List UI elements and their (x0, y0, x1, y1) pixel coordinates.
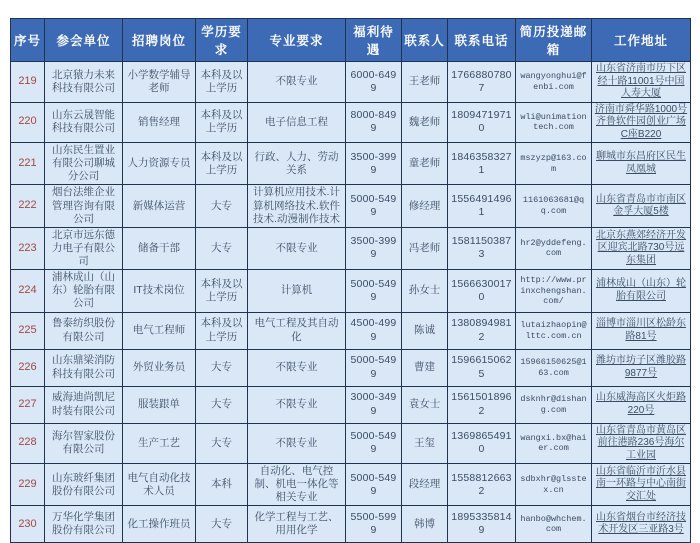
cell-email: wli@unimationtech.com (516, 102, 592, 143)
cell-education: 本科及以上学历 (196, 312, 248, 349)
cell-no: 221 (11, 143, 45, 185)
cell-major: 电子信息工程 (248, 102, 346, 143)
table-row: 225鲁泰纺织股份有限公司电气工程师本科及以上学历电气工程及其自动化4500-4… (11, 312, 691, 349)
job-fair-table: 序号参会单位招聘岗位学历要求专业要求福利待遇联系人联系电话简历投递邮箱工作地址 … (10, 18, 691, 495)
cell-phone: 15588126632 (448, 464, 516, 496)
cell-contact: 陈诚 (402, 312, 448, 349)
cell-education: 大专 (196, 185, 248, 227)
table-row: 223北京市远东德力电子有限公司储备干部大专不限专业3500-3999冯老师15… (11, 227, 691, 269)
table-row: 227威海迪尚凯尼时装有限公司服装跟单大专不限专业3000-3499袁女士156… (11, 386, 691, 423)
cell-position: 服装跟单 (123, 386, 196, 423)
cell-no: 222 (11, 185, 45, 227)
cell-contact: 段经理 (402, 464, 448, 496)
column-header-education: 学历要求 (196, 19, 248, 62)
cell-contact: 冯老师 (402, 227, 448, 269)
cell-no: 228 (11, 423, 45, 464)
table-body: 219北京猿力未来科技有限公司小学数学辅导老师本科及以上学历不限专业6000-6… (11, 62, 691, 496)
cell-salary: 6000-6499 (346, 62, 402, 103)
cell-salary: 3500-3999 (346, 143, 402, 185)
column-header-company: 参会单位 (45, 19, 123, 62)
column-header-phone: 联系电话 (448, 19, 516, 62)
table-row: 228海尔智家股份有限公司生产工艺大专不限专业5000-5499王玺136986… (11, 423, 691, 464)
cell-major: 不限专业 (248, 62, 346, 103)
cell-company: 鲁泰纺织股份有限公司 (45, 312, 123, 349)
cell-email: 15966150625@163.com (516, 349, 592, 386)
cell-email: sdbxhr@glsstex.cn (516, 464, 592, 496)
cell-address: 北京东燕郊经济开发区迎宾北路730号远东集团 (592, 227, 691, 269)
cell-education: 大专 (196, 349, 248, 386)
column-header-no: 序号 (11, 19, 45, 62)
job-fair-table-container: 序号参会单位招聘岗位学历要求专业要求福利待遇联系人联系电话简历投递邮箱工作地址 … (10, 18, 690, 495)
cell-no: 220 (11, 102, 45, 143)
cell-position: 新媒体运营 (123, 185, 196, 227)
cell-no: 227 (11, 386, 45, 423)
cell-position: 外贸业务员 (123, 349, 196, 386)
cell-contact: 孙女士 (402, 270, 448, 312)
cell-position: 电气工程师 (123, 312, 196, 349)
table-row: 224浦林成山（山东）轮胎有限公司IT技术岗位本科及以上学历计算机5000-54… (11, 270, 691, 312)
cell-position: 人力资源专员 (123, 143, 196, 185)
cell-salary: 5000-5499 (346, 349, 402, 386)
cell-email: mszyzp@163.com (516, 143, 592, 185)
cell-contact: 袁女士 (402, 386, 448, 423)
cell-salary: 3000-3499 (346, 386, 402, 423)
cell-no: 224 (11, 270, 45, 312)
cell-email: http://www.prinxchengshan.com/ (516, 270, 592, 312)
table-row: 219北京猿力未来科技有限公司小学数学辅导老师本科及以上学历不限专业6000-6… (11, 62, 691, 103)
cell-company: 北京猿力未来科技有限公司 (45, 62, 123, 103)
cell-company: 山东玻纤集团股份有限公司 (45, 464, 123, 496)
cell-position: 销售经理 (123, 102, 196, 143)
cell-email: lutaizhaopin@lttc.com.cn (516, 312, 592, 349)
cell-address: 山东省青岛市黄岛区前往港路236号海尔工业园 (592, 423, 691, 464)
cell-address: 浦林成山（山东）轮胎有限公司 (592, 270, 691, 312)
cell-major: 电气工程及其自动化 (248, 312, 346, 349)
cell-contact: 童老师 (402, 143, 448, 185)
cell-email: 1161063681@qq.com (516, 185, 592, 227)
cell-education: 大专 (196, 386, 248, 423)
cell-company: 海尔智家股份有限公司 (45, 423, 123, 464)
cell-major: 不限专业 (248, 423, 346, 464)
cell-phone: 18094719710 (448, 102, 516, 143)
cell-major: 不限专业 (248, 227, 346, 269)
cell-email: wangxi.bx@haier.com (516, 423, 592, 464)
cell-company: 北京市远东德力电子有限公司 (45, 227, 123, 269)
cell-education: 本科及以上学历 (196, 102, 248, 143)
cell-position: 小学数学辅导老师 (123, 62, 196, 103)
cell-contact: 王老师 (402, 62, 448, 103)
cell-position: 生产工艺 (123, 423, 196, 464)
cell-major: 不限专业 (248, 349, 346, 386)
column-header-salary: 福利待遇 (346, 19, 402, 62)
column-header-email: 简历投递邮箱 (516, 19, 592, 62)
cell-company: 山东鼎梁消防科技有限公司 (45, 349, 123, 386)
column-header-major: 专业要求 (248, 19, 346, 62)
cell-education: 本科及以上学历 (196, 62, 248, 103)
table-row: 220山东云晟智能科技有限公司销售经理本科及以上学历电子信息工程8000-849… (11, 102, 691, 143)
cell-phone: 15615018962 (448, 386, 516, 423)
cell-contact: 魏老师 (402, 102, 448, 143)
cell-position: 储备干部 (123, 227, 196, 269)
cell-company: 浦林成山（山东）轮胎有限公司 (45, 270, 123, 312)
cell-education: 大专 (196, 423, 248, 464)
cell-company: 山东云晟智能科技有限公司 (45, 102, 123, 143)
cell-phone: 13698654910 (448, 423, 516, 464)
cell-salary: 5000-5499 (346, 423, 402, 464)
cell-major: 不限专业 (248, 386, 346, 423)
cell-address: 山东省青岛市市南区金孚大厦5楼 (592, 185, 691, 227)
cell-email: hr2@yddefeng.com (516, 227, 592, 269)
cell-no: 225 (11, 312, 45, 349)
column-header-position: 招聘岗位 (123, 19, 196, 62)
cell-major: 计算机 (248, 270, 346, 312)
cell-address: 山东省济南市历下区经十路11001号中国人寿大厦 (592, 62, 691, 103)
cell-phone: 13808949812 (448, 312, 516, 349)
cell-email: wangyonghui@fenbi.com (516, 62, 592, 103)
cell-salary: 8000-8499 (346, 102, 402, 143)
table-row: 221山东民生置业有限公司聊城分公司人力资源专员本科及以上学历行政、人力、劳动关… (11, 143, 691, 185)
column-header-address: 工作地址 (592, 19, 691, 62)
cell-salary: 4500-4999 (346, 312, 402, 349)
cell-company: 威海迪尚凯尼时装有限公司 (45, 386, 123, 423)
cell-phone: 15966150625 (448, 349, 516, 386)
cell-position: IT技术岗位 (123, 270, 196, 312)
cell-salary: 5000-5499 (346, 185, 402, 227)
table-row: 229山东玻纤集团股份有限公司电气自动化技术人员本科自动化、电气控制、机电一体化… (11, 464, 691, 496)
cell-education: 本科及以上学历 (196, 270, 248, 312)
cell-education: 本科 (196, 464, 248, 496)
table-header: 序号参会单位招聘岗位学历要求专业要求福利待遇联系人联系电话简历投递邮箱工作地址 (11, 19, 691, 62)
cell-phone: 18463583271 (448, 143, 516, 185)
cell-no: 226 (11, 349, 45, 386)
cell-salary: 5000-5499 (346, 464, 402, 496)
cell-address: 淄博市淄川区松龄东路81号 (592, 312, 691, 349)
table-row: 222烟台法维企业管理咨询有限公司新媒体运营大专计算机应用技术.计算机网络技术.… (11, 185, 691, 227)
cell-major: 自动化、电气控制、机电一体化等相关专业 (248, 464, 346, 496)
cell-position: 电气自动化技术人员 (123, 464, 196, 496)
cell-email: dsknhr@dishang.com (516, 386, 592, 423)
cell-phone: 15666300170 (448, 270, 516, 312)
cell-company: 烟台法维企业管理咨询有限公司 (45, 185, 123, 227)
cell-address: 济南市舜华路1000号齐鲁软件园创业广场C座B220 (592, 102, 691, 143)
cell-salary: 5000-5499 (346, 270, 402, 312)
cell-major: 行政、人力、劳动关系 (248, 143, 346, 185)
cell-contact: 曹建 (402, 349, 448, 386)
cell-company: 山东民生置业有限公司聊城分公司 (45, 143, 123, 185)
cell-address: 聊城市东昌府区民生凤凰城 (592, 143, 691, 185)
cell-contact: 王玺 (402, 423, 448, 464)
header-row: 序号参会单位招聘岗位学历要求专业要求福利待遇联系人联系电话简历投递邮箱工作地址 (11, 19, 691, 62)
cell-address: 山东省临沂市沂水县南一环路与中心南街交汇处 (592, 464, 691, 496)
cell-no: 223 (11, 227, 45, 269)
cell-phone: 15811503873 (448, 227, 516, 269)
cell-address: 潍坊市坊子区潍胶路9877号 (592, 349, 691, 386)
cell-no: 229 (11, 464, 45, 496)
cell-phone: 17668807807 (448, 62, 516, 103)
cell-salary: 3500-3999 (346, 227, 402, 269)
column-header-contact: 联系人 (402, 19, 448, 62)
cell-address: 山东威海高区火炬路220号 (592, 386, 691, 423)
table-row: 226山东鼎梁消防科技有限公司外贸业务员大专不限专业5000-5499曹建159… (11, 349, 691, 386)
cell-education: 大专 (196, 227, 248, 269)
cell-education: 本科及以上学历 (196, 143, 248, 185)
cell-contact: 修经理 (402, 185, 448, 227)
cell-phone: 15564914961 (448, 185, 516, 227)
cell-no: 219 (11, 62, 45, 103)
cell-major: 计算机应用技术.计算机网络技术.软件技术.动漫制作技术 (248, 185, 346, 227)
